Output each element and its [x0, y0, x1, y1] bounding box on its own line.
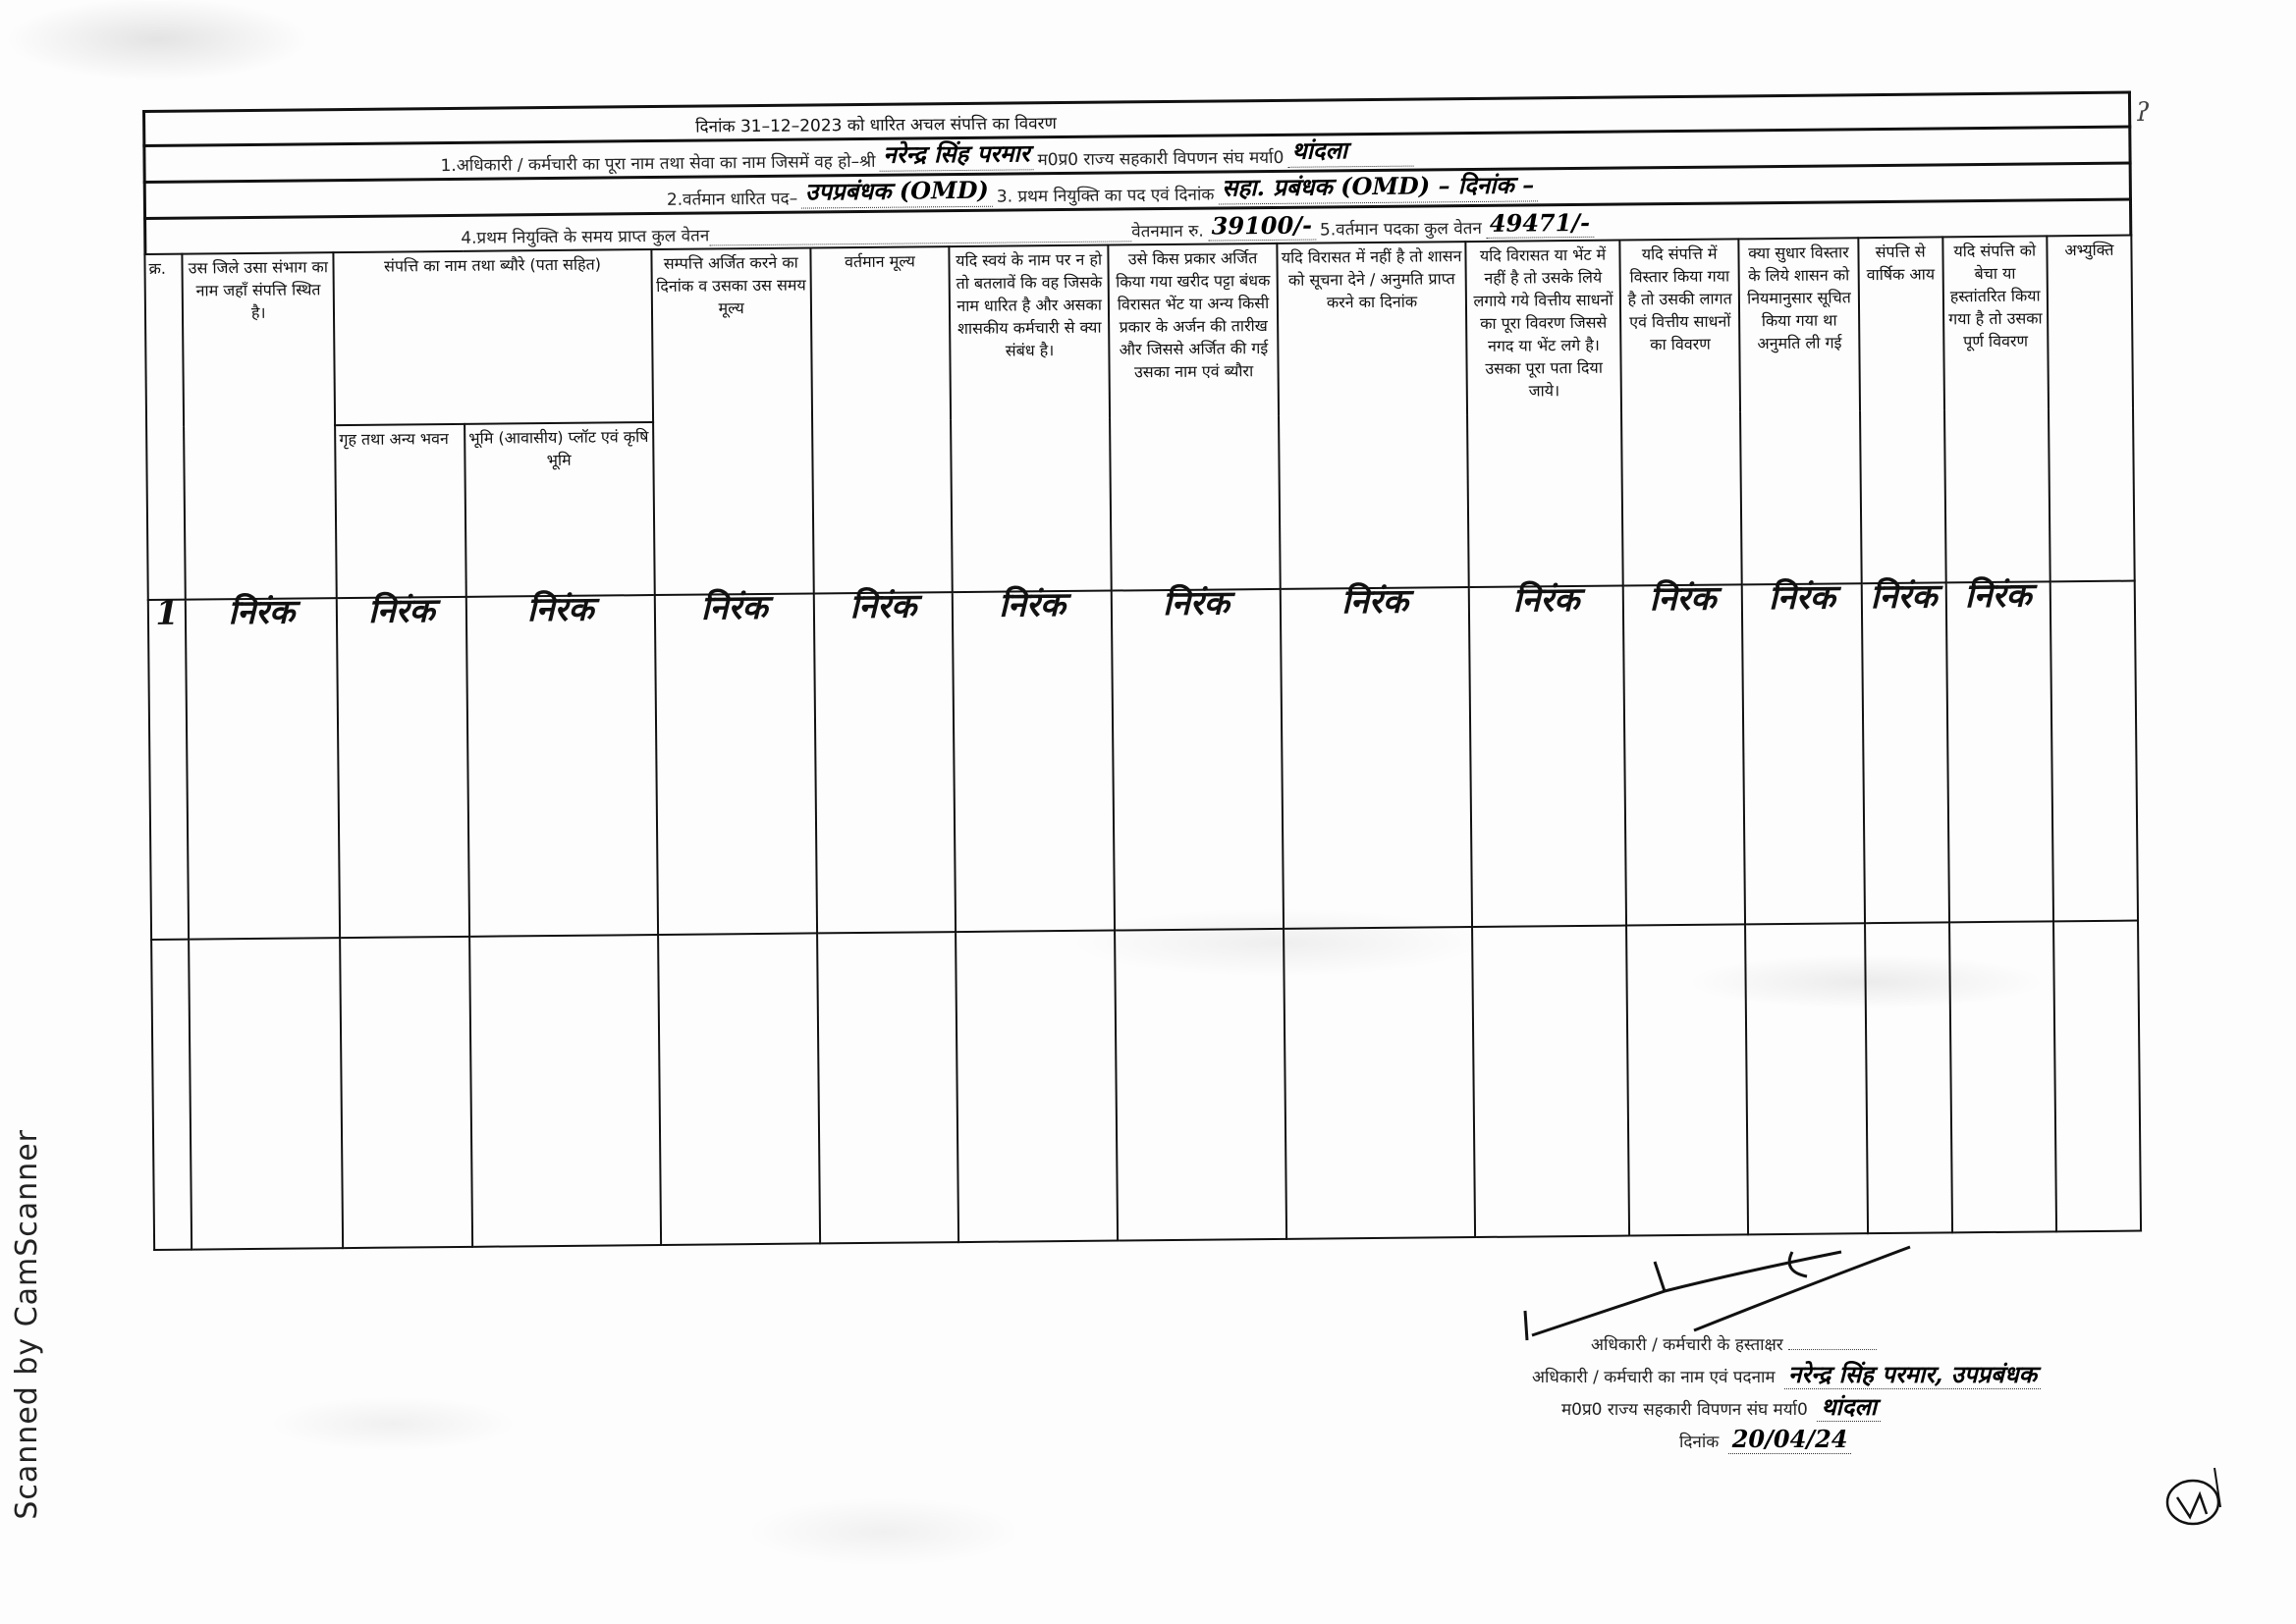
col-acquired-date: सम्पत्ति अर्जित करने का दिनांक व उसका उस…	[651, 247, 813, 595]
cell: निरंक	[1945, 581, 2053, 922]
cell: निरंक	[1623, 584, 1746, 925]
field-4-label: 4.प्रथम नियुक्ति के समय प्राप्त कुल वेतन	[461, 223, 709, 247]
field-1-org-label: म0प्र0 राज्य सहकारी विपणन संघ मर्या0	[1037, 145, 1284, 170]
date-label: दिनांक	[1679, 1433, 1719, 1452]
field-3-label: 3. प्रथम नियुक्ति का पद एवं दिनांक	[997, 183, 1215, 207]
sign-label: अधिकारी / कर्मचारी के हस्ताक्षर	[1591, 1335, 1783, 1355]
cell	[2050, 581, 2138, 922]
row-sno: 1	[148, 600, 190, 940]
field-5-value: 49471/-	[1486, 208, 1595, 239]
property-table: क्र. उस जिले उसा संभाग का नाम जहाँ संपत्…	[143, 235, 2142, 1251]
name-line: अधिकारी / कर्मचारी का नाम एवं पदनाम नरेन…	[1532, 1360, 2045, 1392]
field-1-org-value: थांदला	[1287, 134, 1413, 168]
col-current-value: वर्तमान मूल्य	[810, 246, 953, 593]
signature-block: अधिकारी / कर्मचारी के हस्ताक्षर अधिकारी …	[1532, 1330, 2045, 1457]
sign-line: अधिकारी / कर्मचारी के हस्ताक्षर	[1532, 1330, 2045, 1360]
payscale-value: 39100/-	[1208, 211, 1317, 242]
col-expansion-permission: क्या सुधार विस्तार के लिये शासन को नियमा…	[1739, 238, 1862, 584]
date-line: दिनांक 20/04/24	[1532, 1425, 2045, 1457]
col-acquisition-mode: उसे किस प्रकार अर्जित किया गया खरीद पट्ट…	[1108, 244, 1280, 591]
col-holder-relation: यदि स्वयं के नाम पर न हो तो बतलावें कि व…	[950, 245, 1112, 593]
cell: निरंक	[337, 597, 469, 938]
org-value: थांदला	[1817, 1392, 1881, 1422]
payscale-label: वेतनमान रु.	[1131, 219, 1204, 243]
corner-scribble: ʔ	[2136, 98, 2150, 128]
table-row: 1 निरंक निरंक निरंक निरंक निरंक निरंक नि…	[148, 581, 2138, 940]
property-statement-form: दिनांक 31–12–2023 को धारित अचल संपत्ति क…	[142, 91, 2142, 1251]
col-district: उस जिले उसा संभाग का नाम जहाँ संपत्ति स्…	[183, 252, 337, 599]
name-value: नरेन्द्र सिंह परमार, उपप्रबंधक	[1784, 1360, 2041, 1389]
org-label: म0प्र0 राज्य सहकारी विपणन संघ मर्या0	[1561, 1400, 1808, 1420]
camscanner-watermark: Scanned by CamScanner	[10, 1129, 44, 1520]
name-label: अधिकारी / कर्मचारी का नाम एवं पदनाम	[1532, 1368, 1776, 1387]
field-3-value: सहा. प्रबंधक (OMD) – दिनांक –	[1218, 168, 1538, 204]
col-remarks: अभ्युक्ति	[2047, 236, 2134, 582]
date-value: 20/04/24	[1728, 1425, 1852, 1454]
field-2-value: उपप्रबंधक (OMD)	[801, 174, 993, 209]
subcol-house: गृह तथा अन्य भवन	[335, 424, 465, 598]
col-annual-income: संपत्ति से वार्षिक आय	[1858, 237, 1945, 583]
org-line: म0प्र0 राज्य सहकारी विपणन संघ मर्या0 थां…	[1532, 1392, 2045, 1425]
field-1-label: 1.अधिकारी / कर्मचारी का पूरा नाम तथा सेव…	[440, 149, 875, 176]
col-sno: क्र.	[144, 254, 186, 600]
col-financial-sources: यदि विरासत या भेंट में नहीं है तो उसके ल…	[1466, 241, 1623, 587]
form-title: दिनांक 31–12–2023 को धारित अचल संपत्ति क…	[695, 111, 1057, 137]
col-expansion-cost: यदि संपत्ति में विस्तार किया गया है तो उ…	[1619, 239, 1742, 585]
cell: निरंक	[186, 598, 340, 939]
cell: निरंक	[1112, 589, 1284, 931]
page-number-mark	[2156, 1463, 2234, 1532]
cell: निरंक	[813, 592, 956, 933]
table-row-empty	[151, 921, 2141, 1250]
cell: निरंक	[655, 593, 817, 935]
cell: निरंक	[1469, 586, 1626, 927]
col-sale-details: यदि संपत्ति को बेचा या हस्तांतरित किया ग…	[1942, 236, 2050, 582]
col-property-name: संपत्ति का नाम तथा ब्यौरे (पता सहित)	[334, 249, 653, 425]
cell: निरंक	[1742, 583, 1865, 924]
cell: निरंक	[953, 591, 1115, 933]
field-2-label: 2.वर्तमान धारित पद–	[667, 187, 797, 210]
field-5-label: 5.वर्तमान पदका कुल वेतन	[1320, 216, 1482, 241]
cell: निरंक	[1281, 587, 1472, 929]
field-1-name: नरेन्द्र सिंह परमार	[879, 136, 1033, 172]
cell: निरंक	[465, 595, 657, 937]
cell: निरंक	[1861, 582, 1948, 923]
col-permission-date: यदि विरासत में नहीं है तो शासन को सूचना …	[1277, 242, 1469, 589]
table-header-row: क्र. उस जिले उसा संभाग का नाम जहाँ संपत्…	[144, 236, 2133, 427]
subcol-land: भूमि (आवासीय) प्लॉट एवं कृषि भूमि	[465, 422, 655, 597]
